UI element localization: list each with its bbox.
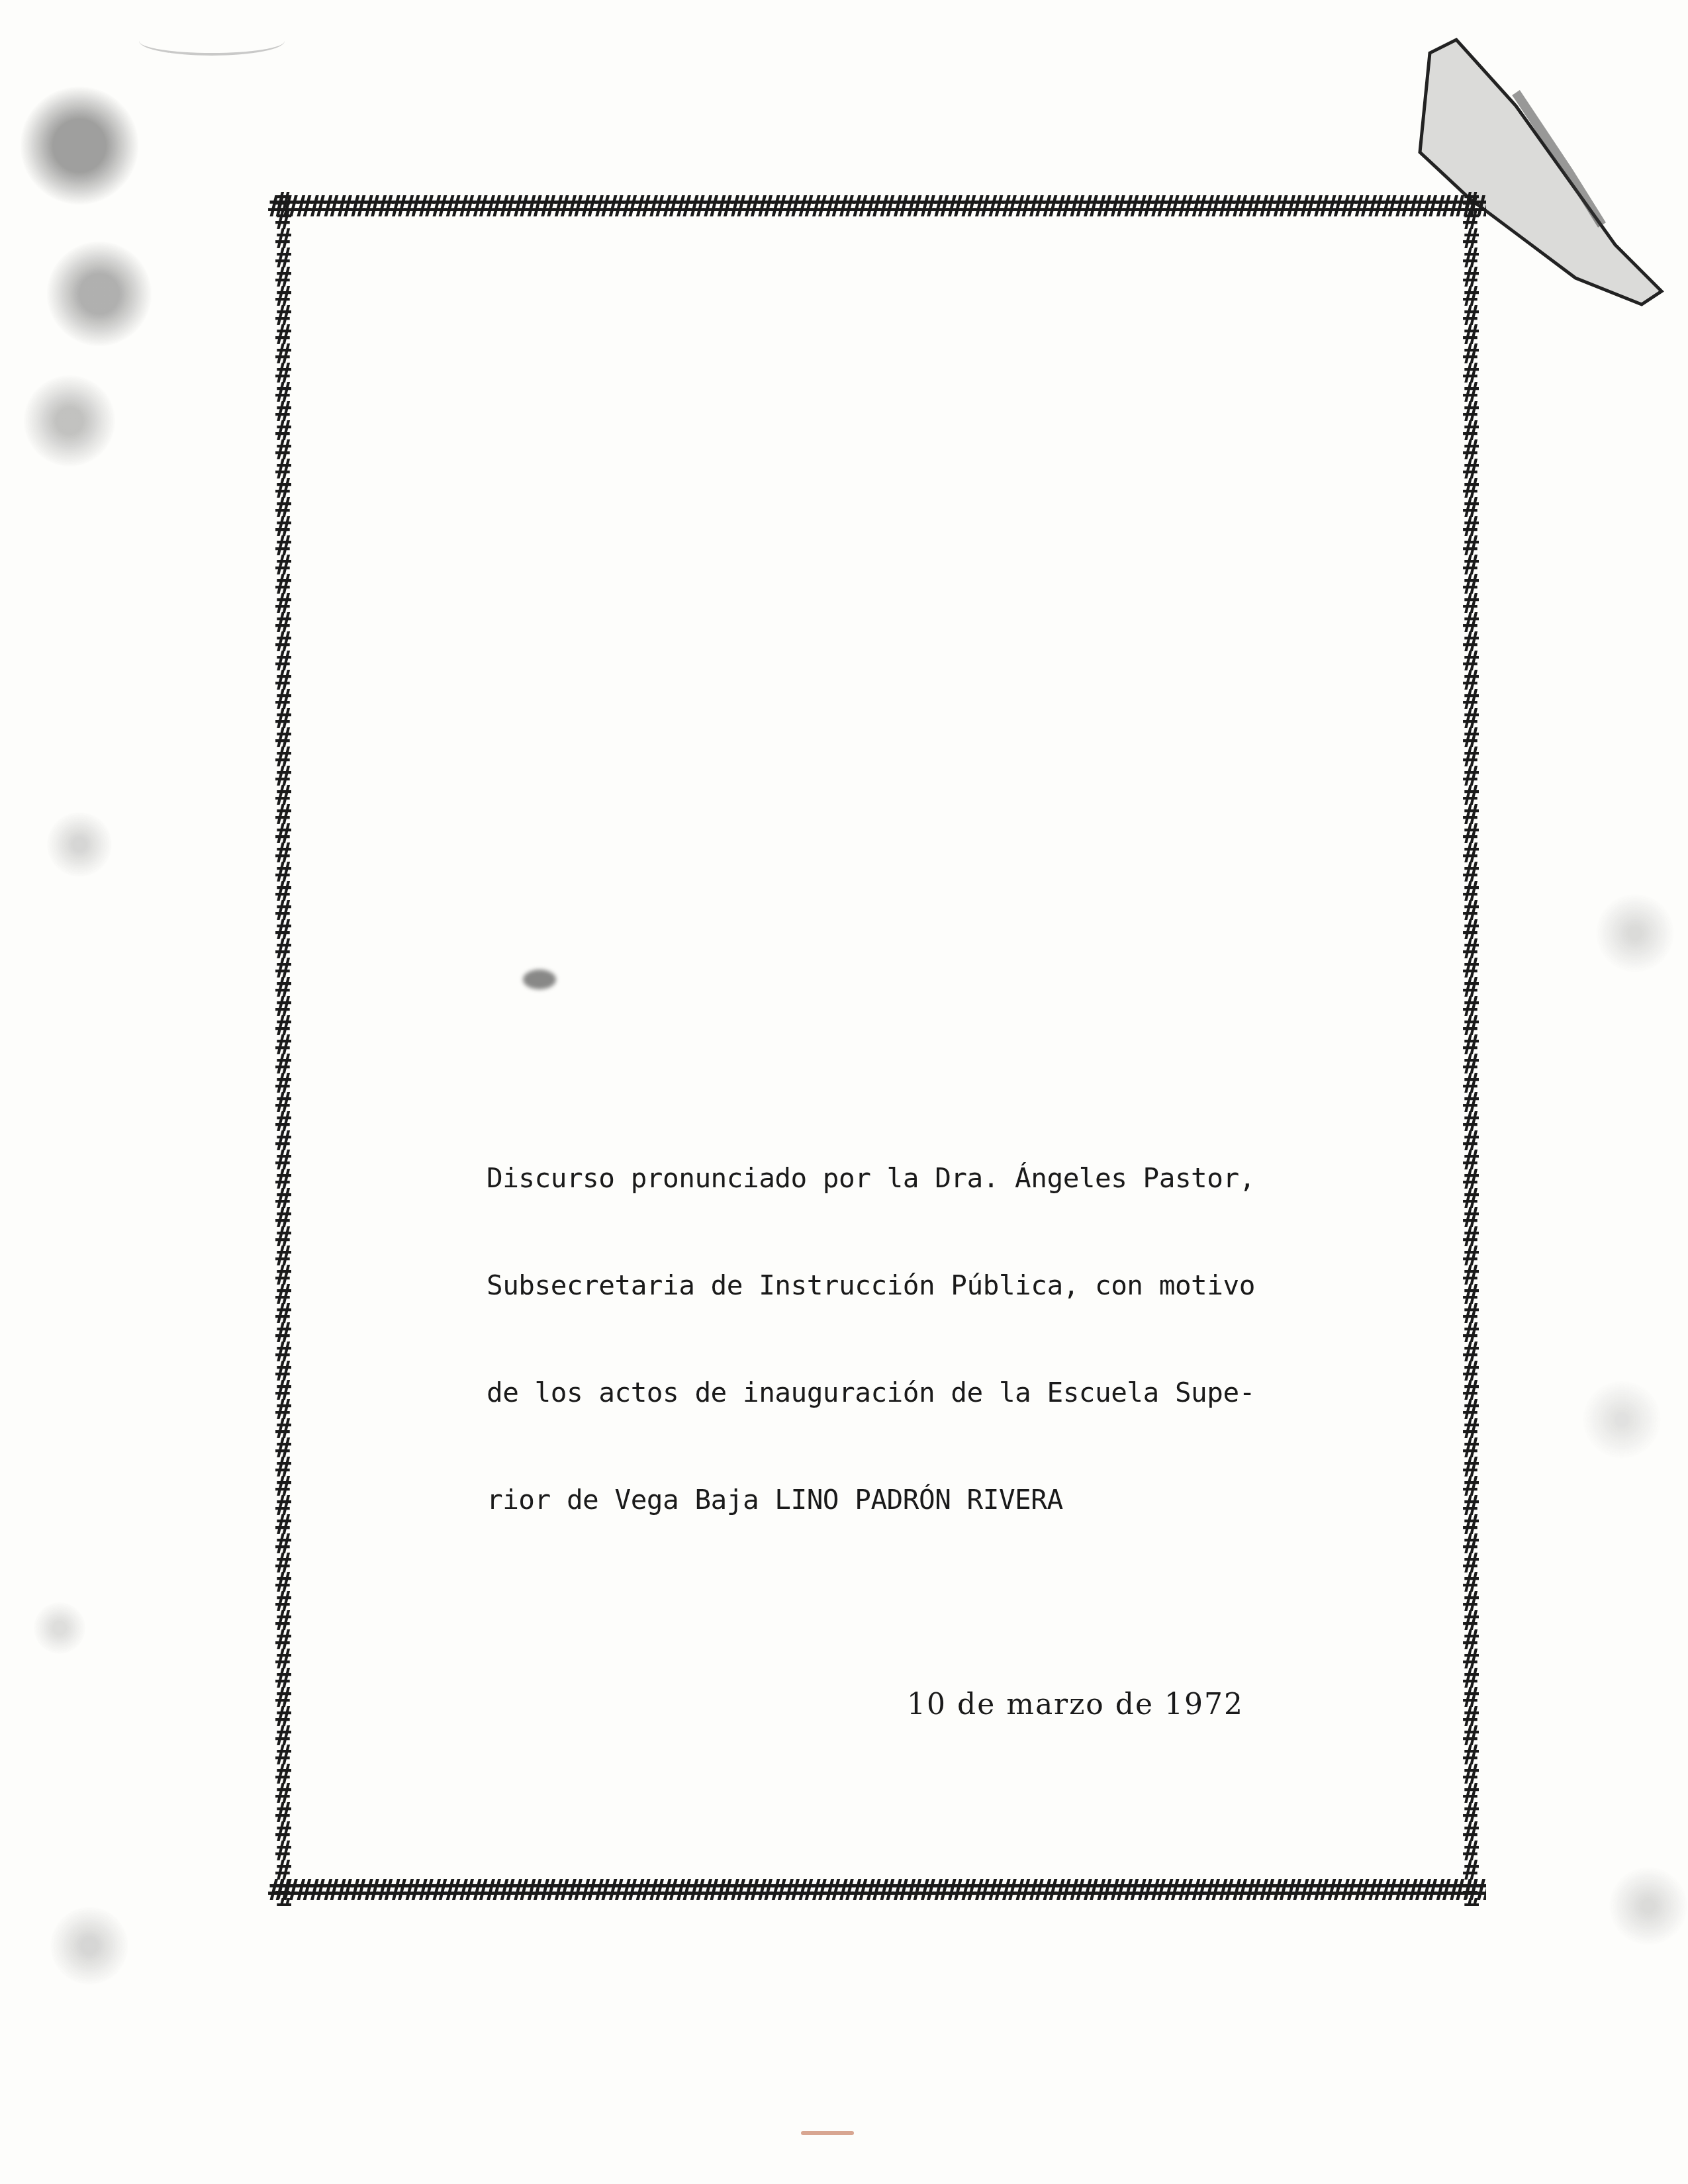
smudge-mark bbox=[139, 26, 285, 56]
speech-date: 10 de marzo de 1972 bbox=[907, 1688, 1244, 1721]
border-left: ########################################… bbox=[268, 192, 299, 1906]
speech-title-block: Discurso pronunciado por la Dra. Ángeles… bbox=[487, 1089, 1347, 1553]
scan-noise-right bbox=[1556, 794, 1688, 2184]
border-right: ########################################… bbox=[1456, 192, 1486, 1906]
ink-stain bbox=[523, 970, 556, 989]
title-line: Subsecretaria de Instrucción Pública, co… bbox=[487, 1267, 1347, 1303]
title-line: Discurso pronunciado por la Dra. Ángeles… bbox=[487, 1160, 1347, 1196]
border-top: ########################################… bbox=[268, 192, 1486, 222]
scan-noise-left bbox=[20, 40, 218, 2158]
title-line: rior de Vega Baja LINO PADRÓN RIVERA bbox=[487, 1482, 1347, 1518]
smudge-mark bbox=[801, 2131, 854, 2135]
typed-hash-border-frame: ########################################… bbox=[268, 192, 1486, 1906]
border-bottom: ########################################… bbox=[268, 1876, 1486, 1906]
title-line: de los actos de inauguración de la Escue… bbox=[487, 1375, 1347, 1410]
